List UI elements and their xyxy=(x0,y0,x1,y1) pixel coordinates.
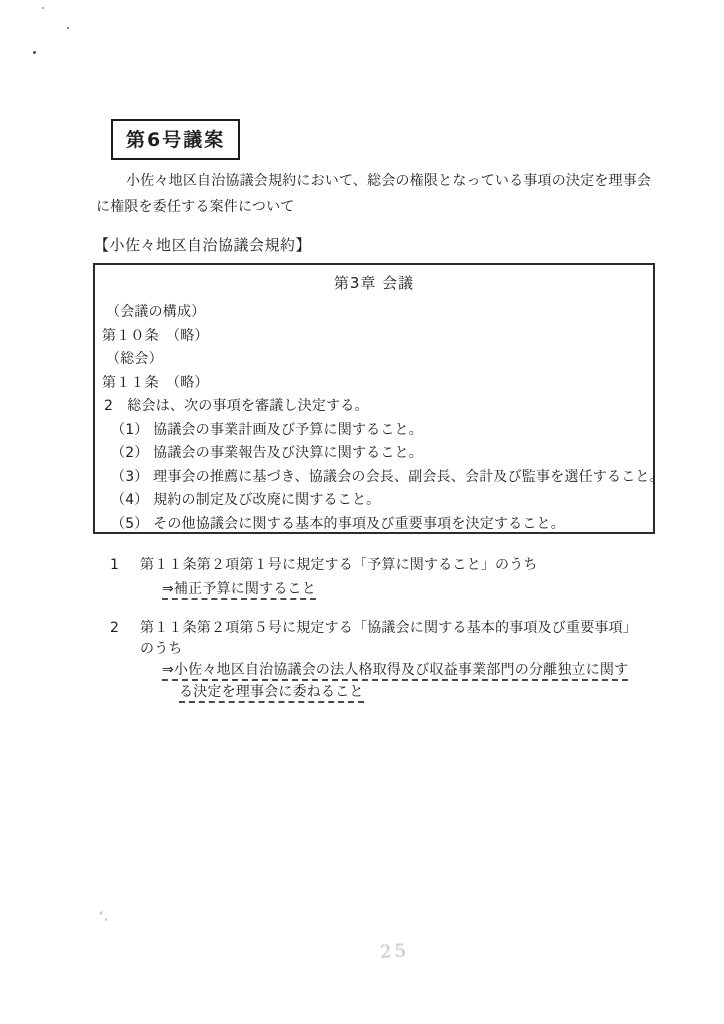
regulation-lines: （会議の構成） 第１０条 （略） （総会） 第１１条 （略） 2 総会は、次の事… xyxy=(95,297,653,536)
regulation-line: （1） 協議会の事業計画及び予算に関すること。 xyxy=(95,419,653,443)
regulation-line: （4） 規約の制定及び改廃に関すること。 xyxy=(95,489,653,513)
regulation-line: 第１１条 （略） xyxy=(95,372,653,396)
regulation-line: 第１０条 （略） xyxy=(95,325,653,349)
item-result-underlined: ⇒小佐々地区自治協議会の法人格取得及び収益事業部門の分離独立に関す xyxy=(162,662,628,681)
intro-line: に権限を委任する案件について xyxy=(96,194,656,220)
item-number: 2 xyxy=(110,619,119,638)
item-result-line: ⇒小佐々地区自治協議会の法人格取得及び収益事業部門の分離独立に関す xyxy=(162,661,628,680)
scanned-document-page: { "document": { "title": "第6号議案", "intro… xyxy=(0,0,724,1024)
regulation-excerpt-box: 第3章 会議 （会議の構成） 第１０条 （略） （総会） 第１１条 （略） 2 … xyxy=(93,263,655,534)
item-result-underlined: ⇒補正予算に関すること xyxy=(162,581,316,600)
scan-speck xyxy=(99,911,103,915)
regulation-line: （5） その他協議会に関する基本的事項及び重要事項を決定すること。 xyxy=(95,513,653,537)
proposal-title: 第6号議案 xyxy=(126,129,225,151)
item-number: 1 xyxy=(110,556,119,575)
item-text-line: 第１１条第２項第５号に規定する「協議会に関する基本的事項及び重要事項」 xyxy=(140,619,637,638)
item-result-underlined: る決定を理事会に委ねること xyxy=(179,684,364,703)
scan-speck xyxy=(67,27,69,29)
item-text-line: 第１１条第２項第１号に規定する「予算に関すること」のうち xyxy=(140,556,538,575)
regulation-line: （会議の構成） xyxy=(95,301,653,325)
page-number: 25 xyxy=(379,940,409,962)
intro-line: 小佐々地区自治協議会規約において、総会の権限となっている事項の決定を理事会 xyxy=(96,168,656,194)
item-result-line: ⇒補正予算に関すること xyxy=(162,580,316,599)
section-label: 【小佐々地区自治協議会規約】 xyxy=(94,234,311,255)
regulation-line: （3） 理事会の推薦に基づき、協議会の会長、副会長、会計及び監事を選任すること。 xyxy=(95,466,653,490)
intro-paragraph: 小佐々地区自治協議会規約において、総会の権限となっている事項の決定を理事会 に権… xyxy=(96,168,656,220)
regulation-line: （総会） xyxy=(95,348,653,372)
proposal-title-box: 第6号議案 xyxy=(111,119,240,160)
scan-speck xyxy=(33,51,36,54)
chapter-heading: 第3章 会議 xyxy=(95,265,653,297)
regulation-line: 2 総会は、次の事項を審議し決定する。 xyxy=(95,395,653,419)
regulation-line: （2） 協議会の事業報告及び決算に関すること。 xyxy=(95,442,653,466)
item-result-line: る決定を理事会に委ねること xyxy=(179,683,364,702)
scan-speck xyxy=(42,7,44,9)
item-text-line: のうち xyxy=(140,640,183,659)
scan-speck xyxy=(105,918,108,922)
